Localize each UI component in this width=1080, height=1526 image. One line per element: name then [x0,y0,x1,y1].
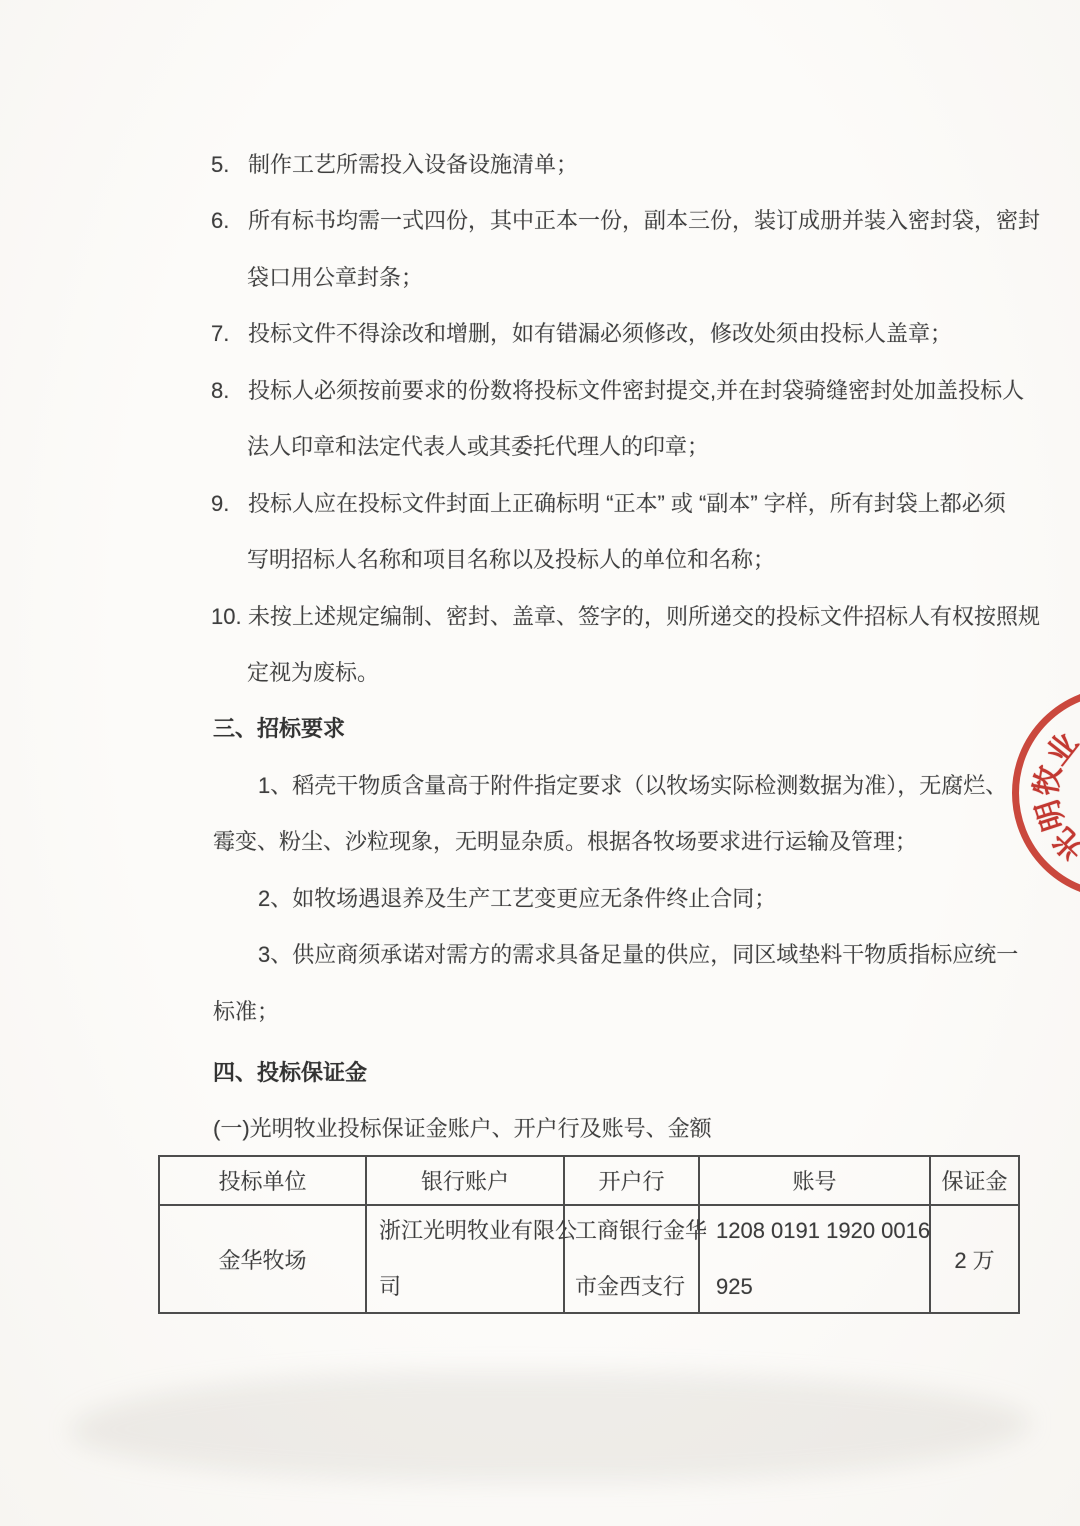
cell-opening-bank: 工商银行金华 市金西支行 [564,1205,699,1313]
header-bid-unit: 投标单位 [159,1156,366,1205]
tender-item-7: 7.投标文件不得涂改和增删，如有错漏必须修改，修改处须由投标人盖章； [211,321,952,347]
item-text: 制作工艺所需投入设备设施清单； [248,152,578,177]
requirement-2: 2、如牧场遇退养及生产工艺变更应无条件终止合同； [258,886,776,912]
account-number-line-2: 925 [716,1274,925,1300]
opening-bank-line-1: 工商银行金华 [575,1218,694,1244]
opening-bank-line-2: 市金西支行 [575,1274,694,1300]
item-text: 投标人必须按前要求的份数将投标文件密封提交,并在封袋骑缝密封处加盖投标人 [248,378,1024,403]
item-number: 5. [211,152,248,178]
tender-item-10: 10.未按上述规定编制、密封、盖章、签字的，则所递交的投标文件招标人有权按照规 [211,604,1040,630]
requirement-3-line-2: 标准； [213,999,279,1025]
item-number: 7. [211,321,248,347]
item-number: 10. [211,604,248,630]
tender-item-9-line-2: 写明招标人名称和项目名称以及投标人的单位和名称； [247,547,775,573]
tender-item-5: 5.制作工艺所需投入设备设施清单； [211,152,578,178]
bank-account-line-1: 浙江光明牧业有限公 [379,1218,559,1244]
scanned-tender-document-page: 5.制作工艺所需投入设备设施清单； 6.所有标书均需一式四份，其中正本一份，副本… [0,0,1080,1526]
tender-item-6: 6.所有标书均需一式四份，其中正本一份，副本三份，装订成册并装入密封袋，密封 [211,208,1040,234]
tender-item-8: 8.投标人必须按前要求的份数将投标文件密封提交,并在封袋骑缝密封处加盖投标人 [211,378,1024,404]
item-text: 投标人应在投标文件封面上正确标明 “正本” 或 “副本” 字样，所有封袋上都必须 [248,491,1006,516]
header-account-number: 账号 [699,1156,930,1205]
scan-artifact-smudge [70,1372,1030,1482]
bank-account-line-2: 司 [379,1274,559,1300]
tender-item-8-line-2: 法人印章和法定代表人或其委托代理人的印章； [247,434,709,460]
table-header-row: 投标单位 银行账户 开户行 账号 保证金 [159,1156,1019,1205]
cell-account-number: 1208 0191 1920 0016 925 [699,1205,930,1313]
requirement-1-line-1: 1、稻壳干物质含量高于附件指定要求（以牧场实际检测数据为准），无腐烂、 [258,773,1007,799]
tender-item-10-line-2: 定视为废标。 [247,660,379,686]
deposit-account-subtitle: (一)光明牧业投标保证金账户、开户行及账号、金额 [213,1116,712,1142]
section-heading-bid-deposit: 四、投标保证金 [213,1060,367,1086]
deposit-account-table: 投标单位 银行账户 开户行 账号 保证金 金华牧场 浙江光明牧业有限公 司 工商… [158,1155,1020,1314]
tender-item-6-line-2: 袋口用公章封条； [247,265,423,291]
account-number-line-1: 1208 0191 1920 0016 [716,1218,925,1244]
requirement-1-line-2: 霉变、粉尘、沙粒现象，无明显杂质。根据各牧场要求进行运输及管理； [213,829,917,855]
item-number: 8. [211,378,248,404]
cell-deposit-amount: 2 万 [930,1205,1019,1313]
section-heading-tender-requirements: 三、招标要求 [213,716,345,742]
header-deposit: 保证金 [930,1156,1019,1205]
cell-bid-unit: 金华牧场 [159,1205,366,1313]
item-text: 未按上述规定编制、密封、盖章、签字的，则所递交的投标文件招标人有权按照规 [248,604,1040,629]
header-opening-bank: 开户行 [564,1156,699,1205]
item-text: 所有标书均需一式四份，其中正本一份，副本三份，装订成册并装入密封袋，密封 [248,208,1040,233]
header-bank-account: 银行账户 [366,1156,564,1205]
table-row: 金华牧场 浙江光明牧业有限公 司 工商银行金华 市金西支行 1208 0191 … [159,1205,1019,1313]
item-number: 9. [211,491,248,517]
item-text: 投标文件不得涂改和增删，如有错漏必须修改，修改处须由投标人盖章； [248,321,952,346]
requirement-3-line-1: 3、供应商须承诺对需方的需求具备足量的供应，同区域垫料干物质指标应统一 [258,942,1018,968]
tender-item-9: 9.投标人应在投标文件封面上正确标明 “正本” 或 “副本” 字样，所有封袋上都… [211,491,1006,517]
cell-bank-account: 浙江光明牧业有限公 司 [366,1205,564,1313]
item-number: 6. [211,208,248,234]
